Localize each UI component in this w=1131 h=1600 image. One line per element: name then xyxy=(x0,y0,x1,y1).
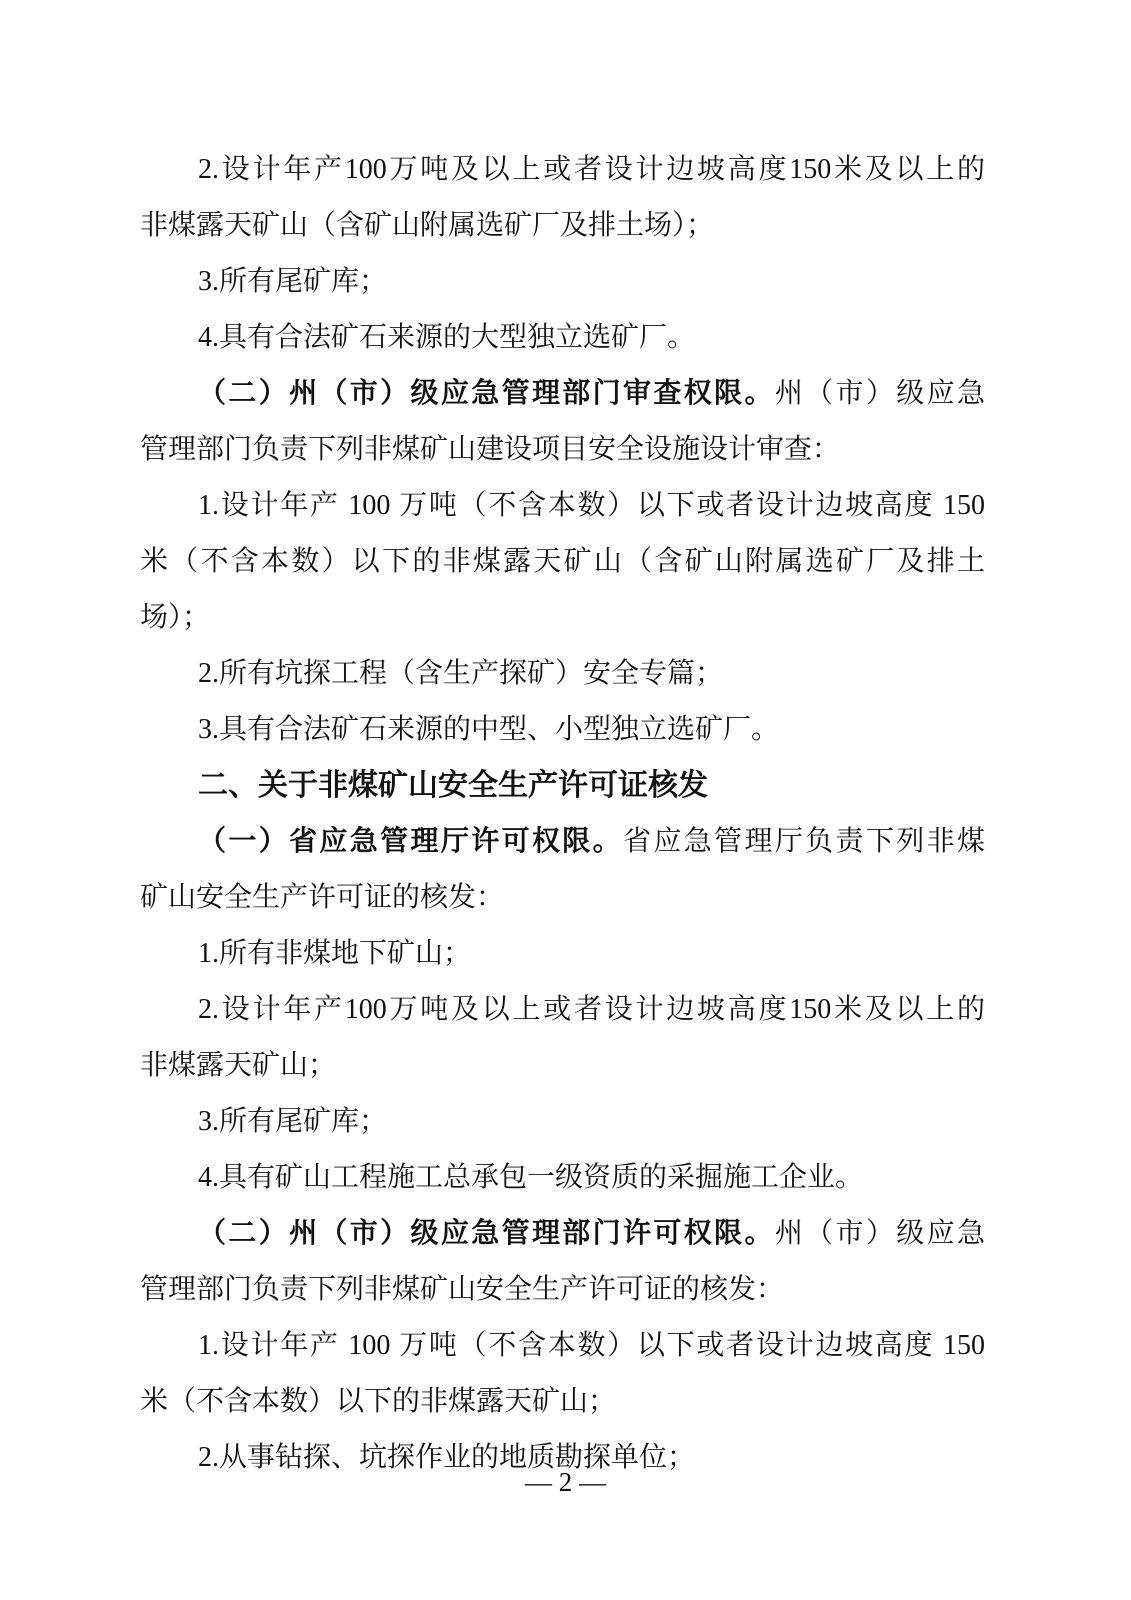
bold-lead: （二）州（市）级应急管理部门许可权限。 xyxy=(198,1218,775,1249)
text-line: 非煤露天矿山； xyxy=(140,1038,985,1094)
text-content: 2.设计年产100万吨及以上或者设计边坡高度150米及以上的非煤露天矿山（含矿山… xyxy=(140,142,985,1486)
text-line: 3.所有尾矿库； xyxy=(140,254,985,310)
document-page: 2.设计年产100万吨及以上或者设计边坡高度150米及以上的非煤露天矿山（含矿山… xyxy=(0,0,1131,1600)
text-line: 管理部门负责下列非煤矿山安全生产许可证的核发： xyxy=(140,1262,985,1318)
text-line: 矿山安全生产许可证的核发： xyxy=(140,870,985,926)
text-line: （一）省应急管理厅许可权限。省应急管理厅负责下列非煤 xyxy=(140,814,985,870)
text-line: 3.所有尾矿库； xyxy=(140,1094,985,1150)
text-line: 米（不含本数）以下的非煤露天矿山（含矿山附属选矿厂及排土 xyxy=(140,534,985,590)
text-line: 1.设计年产 100 万吨（不含本数）以下或者设计边坡高度 150 xyxy=(140,1318,985,1374)
text-line: 2.所有坑探工程（含生产探矿）安全专篇； xyxy=(140,646,985,702)
text-line: 场）； xyxy=(140,590,985,646)
text-line: 非煤露天矿山（含矿山附属选矿厂及排土场）； xyxy=(140,198,985,254)
text-line: 管理部门负责下列非煤矿山建设项目安全设施设计审查： xyxy=(140,422,985,478)
text-line: 3.具有合法矿石来源的中型、小型独立选矿厂。 xyxy=(140,702,985,758)
text-line: 米（不含本数）以下的非煤露天矿山； xyxy=(140,1374,985,1430)
text-line: 4.具有合法矿石来源的大型独立选矿厂。 xyxy=(140,310,985,366)
page-number: — 2 — xyxy=(0,1462,1131,1502)
text-line: 2.设计年产100万吨及以上或者设计边坡高度150米及以上的 xyxy=(140,142,985,198)
bold-lead: （一）省应急管理厅许可权限。 xyxy=(198,826,623,857)
bold-lead: （二）州（市）级应急管理部门审查权限。 xyxy=(198,378,775,409)
text-line: （二）州（市）级应急管理部门审查权限。州（市）级应急 xyxy=(140,366,985,422)
text-line: 4.具有矿山工程施工总承包一级资质的采掘施工企业。 xyxy=(140,1150,985,1206)
text-line: 1.设计年产 100 万吨（不含本数）以下或者设计边坡高度 150 xyxy=(140,478,985,534)
text-line: 2.设计年产100万吨及以上或者设计边坡高度150米及以上的 xyxy=(140,982,985,1038)
text-line: （二）州（市）级应急管理部门许可权限。州（市）级应急 xyxy=(140,1206,985,1262)
text-line: 1.所有非煤地下矿山； xyxy=(140,926,985,982)
section-heading: 二、关于非煤矿山安全生产许可证核发 xyxy=(140,758,985,814)
